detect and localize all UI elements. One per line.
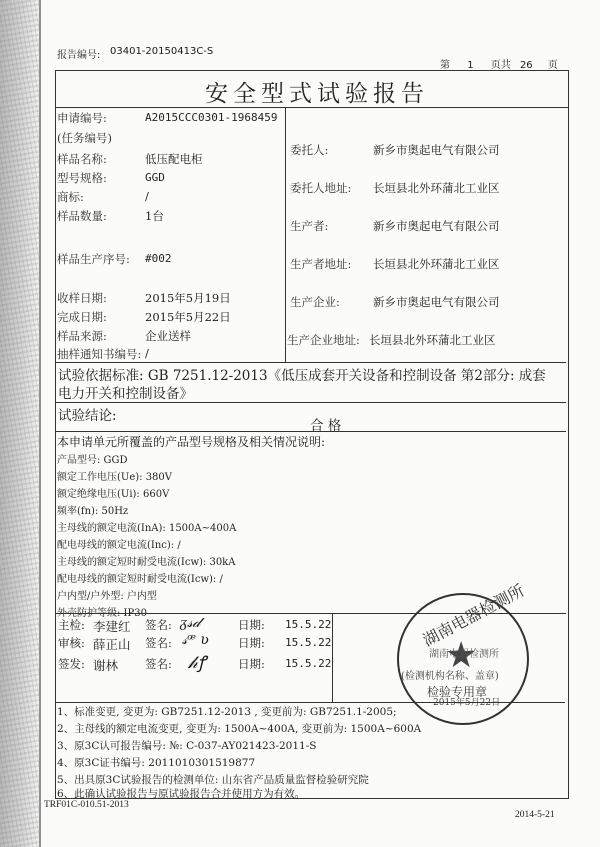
field-label: 收样日期: [57,290,107,306]
spec-item: 频率(fn): 50Hz [57,502,128,517]
note-item: 3、原3C认可报告编号: №: C-037-AY021423-2011-S [57,738,316,753]
spec-item: 产品型号: GGD [57,451,128,466]
report-number: 03401-20150413C-S [110,46,213,57]
date-label: 日期: [238,617,265,633]
field-label: 型号规格: [57,170,107,186]
spec-item: 户内型/户外型: 户内型 [57,587,157,602]
report-number-label: 报告编号: [57,46,100,61]
divider [55,107,568,108]
factory-address: 长垣县北外环蒲北工业区 [369,332,496,348]
sample-serial: #002 [145,252,172,265]
issuer-date: 15.5.22 [285,657,331,670]
client-address: 长垣县北外环蒲北工业区 [373,180,500,196]
field-label: 委托人地址: [290,180,351,196]
note-item: 2、主母线的额定电流变更, 变更为: 1500A~400A, 变更前为: 150… [57,721,421,736]
official-seal: 湖南电器检测所 ★ 湖南电器检测所 (检测机构名称、盖章) 检验专用章 2015… [397,593,529,725]
client-name: 新乡市奥起电气有限公司 [373,142,500,158]
column-divider [285,107,286,362]
role-issuer: 签发: [58,656,85,672]
sample-quantity: 1台 [145,208,164,224]
note-item: 6、此确认试验报告与原试验报告合并使用方为有效。 [57,786,305,801]
note-item: 1、标准变更, 变更为: GB7251.12-2013 , 变更前为: GB72… [57,704,397,719]
spec-item: 额定工作电压(Ue): 380V [57,468,172,483]
role-inspector: 主检: [58,617,85,633]
field-label: 申请编号: [57,110,107,126]
form-date: 2014-5-21 [515,810,555,820]
sampling-notice-number: / [145,346,149,360]
field-label: 生产企业: [290,294,340,310]
manufacturer-name: 新乡市奥起电气有限公司 [373,218,500,234]
field-label: 样品名称: [57,151,107,167]
manufacturer-address: 长垣县北外环蒲北工业区 [373,256,500,272]
spec-item: 配电母线的额定电流(Inc): / [57,536,181,551]
role-reviewer: 审核: [58,635,85,651]
field-label: 生产者: [290,218,328,234]
spec-item: 配电母线的额定短时耐受电流(Icw): / [57,570,223,585]
test-standard-line2: 电力开关和控制设备》 [58,382,193,402]
factory-name: 新乡市奥起电气有限公司 [373,294,500,310]
field-label: 样品来源: [57,328,107,344]
issuer-name: 谢林 [93,656,118,674]
specs-heading: 本申请单元所覆盖的产品型号规格及相关情况说明: [57,433,325,450]
receive-date: 2015年5月19日 [145,290,231,306]
seal-inner-line2: (检测机构名称、盖章) [401,667,499,682]
conclusion-label: 试验结论: [58,404,117,424]
form-code: TRF01C-010.51-2013 [44,800,129,810]
spec-item: 主母线的额定电流(InA): 1500A~400A [57,519,236,534]
application-number: A2015CCC0301-1968459 [145,111,277,124]
date-label: 日期: [238,656,265,672]
divider [55,362,566,363]
field-label: (任务编号) [57,130,112,146]
seal-inner-line1: 湖南电器检测所 [429,645,499,660]
reviewer-date: 15.5.22 [285,636,331,649]
field-label: 商标: [57,189,84,205]
divider [55,402,566,403]
page-indicator: 第 1 页共 26 页 [440,56,558,71]
field-label: 生产企业地址: [287,332,360,348]
inspector-name: 李建红 [93,617,131,635]
divider [55,431,566,432]
field-label: 抽样通知书编号: [57,346,141,362]
report-title: 安全型式试验报告 [205,75,429,108]
field-label: 完成日期: [57,309,107,325]
sign-label: 签名: [145,635,172,651]
date-label: 日期: [238,635,265,651]
sign-label: 签名: [145,656,172,672]
note-item: 4、原3C证书编号: 2011010301519877 [57,755,255,770]
reviewer-name: 薛正山 [93,635,131,653]
handwritten-signature: 𝓈ꟹ ʋ [182,632,209,648]
divider [55,702,565,703]
scan-edge-line [39,0,41,847]
sample-name: 低压配电柜 [145,151,203,167]
scan-edge-shadow [0,0,40,847]
sample-source: 企业送样 [145,328,191,344]
spec-item: 额定绝缘电压(Ui): 660V [57,485,169,500]
note-item: 5、出具原3C试验报告的检测单位: 山东省产品质量监督检验研究院 [57,772,369,787]
field-label: 样品数量: [57,208,107,224]
handwritten-signature: 𝒽ꝭ [188,650,206,673]
spec-item: 主母线的额定短时耐受电流(Icw): 30kA [57,553,235,568]
test-standard-line1: 试验依据标准: GB 7251.12-2013《低压成套开关设备和控制设备 第2… [58,364,546,384]
sign-label: 签名: [145,617,172,633]
field-label: 生产者地址: [290,256,351,272]
field-label: 委托人: [290,142,328,158]
inspector-date: 15.5.22 [285,618,331,631]
signature-divider [332,613,333,702]
complete-date: 2015年5月22日 [145,309,231,325]
field-label: 样品生产序号: [57,251,130,267]
handwritten-signature: ᵹ𝓈𝒹 [180,613,200,632]
trademark: / [145,189,149,203]
model-spec: GGD [145,171,165,184]
